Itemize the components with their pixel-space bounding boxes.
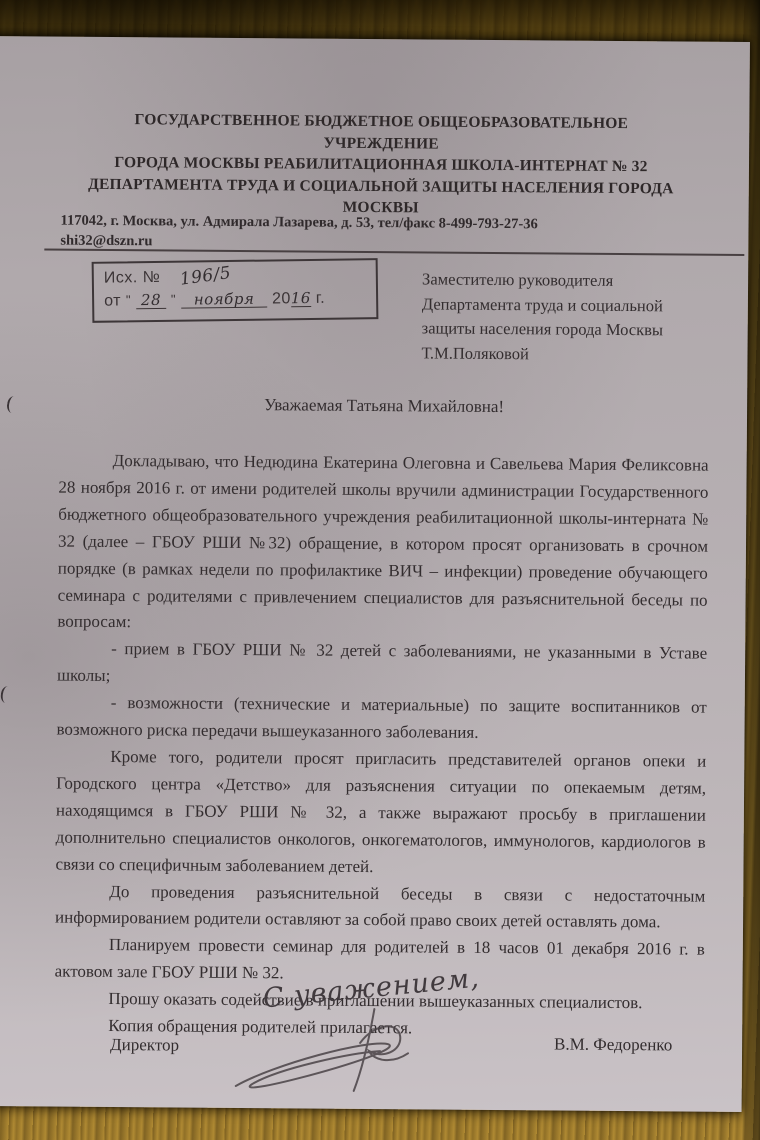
recipient-line: защиты населения города Москвы [422, 316, 664, 342]
paper-mark [0, 685, 14, 704]
salutation: Уважаемая Татьяна Михайловна! [59, 394, 709, 419]
year-prefix: 20 [272, 290, 291, 307]
paper-mark [6, 395, 20, 414]
signature [222, 990, 463, 1107]
outgoing-number-stamp: Исх. № 196/5 от " 28 " ноября 2016 г. [92, 258, 379, 323]
stamp-number-line: Исх. № 196/5 [104, 264, 366, 287]
letter-body: Докладываю, что Недюдина Екатерина Олего… [54, 448, 709, 1045]
paragraph: - прием в ГБОУ РШИ № 32 детей с заболева… [57, 636, 707, 695]
quote-mark: " [171, 292, 176, 307]
org-name: ГОСУДАРСТВЕННОЕ БЮДЖЕТНОЕ ОБЩЕОБРАЗОВАТЕ… [75, 109, 688, 222]
letter-page: ГОСУДАРСТВЕННОЕ БЮДЖЕТНОЕ ОБЩЕОБРАЗОВАТЕ… [0, 36, 750, 1112]
photo-background: ГОСУДАРСТВЕННОЕ БЮДЖЕТНОЕ ОБЩЕОБРАЗОВАТЕ… [0, 0, 760, 1140]
letter-content: ГОСУДАРСТВЕННОЕ БЮДЖЕТНОЕ ОБЩЕОБРАЗОВАТЕ… [54, 37, 712, 1112]
stamp-date-line: от " 28 " ноября 2016 г. [104, 289, 366, 310]
day-handwritten: 28 [136, 293, 166, 309]
paragraph: Докладываю, что Недюдина Екатерина Олего… [57, 448, 708, 641]
contact-info: 117042, г. Москва, ул. Адмирала Лазарева… [60, 211, 538, 255]
outgoing-label: Исх. № [104, 269, 161, 287]
outgoing-number-handwritten: 196/5 [178, 263, 232, 290]
signer-name: В.М. Федоренко [554, 1034, 672, 1055]
month-handwritten: ноября [181, 292, 267, 309]
recipient-block: Заместителю руководителя Департамента тр… [421, 267, 663, 367]
year-label: г. [316, 290, 326, 307]
paragraph: - возможности (технические и материальны… [56, 690, 706, 749]
year-handwritten: 16 [291, 291, 311, 307]
paragraph: До проведения разъяснительной беседы в с… [55, 878, 705, 937]
quote-mark: " [126, 292, 131, 307]
recipient-line: Т.М.Поляковой [421, 341, 663, 367]
paragraph: Кроме того, родители просят пригласить п… [55, 744, 706, 884]
from-label: от [104, 292, 121, 309]
recipient-line: Департамента труда и социальной [422, 292, 664, 318]
recipient-line: Заместителю руководителя [422, 267, 664, 293]
signer-position: Директор [110, 1035, 179, 1056]
